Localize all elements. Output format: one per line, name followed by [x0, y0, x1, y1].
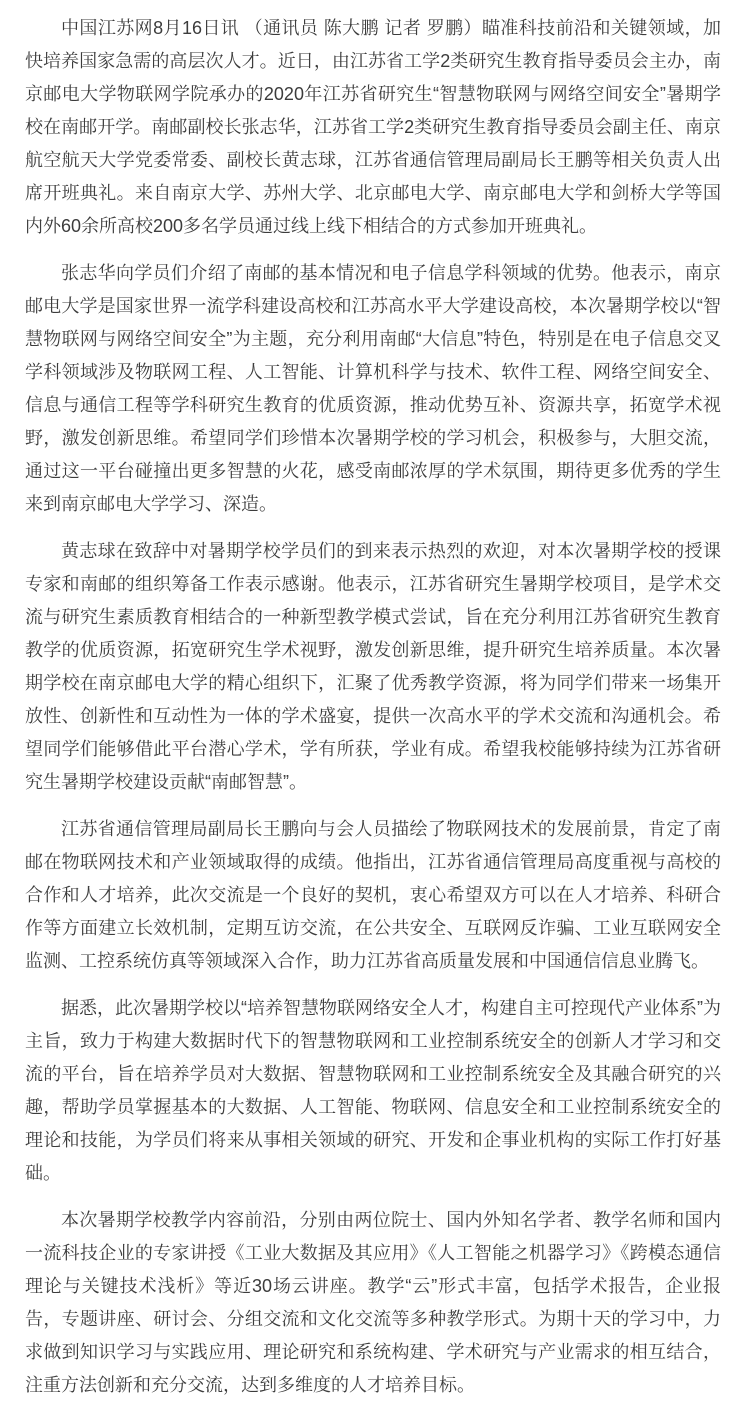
article-paragraph-wangpeng-remarks: 江苏省通信管理局副局长王鹏向与会人员描绘了物联网技术的发展前景，肯定了南邮在物联… [25, 813, 721, 978]
article-paragraph-intro: 中国江苏网8月16日讯 （通讯员 陈大鹏 记者 罗鹏）瞄准科技前沿和关键领域，加… [25, 12, 721, 243]
article-page: 中国江苏网8月16日讯 （通讯员 陈大鹏 记者 罗鹏）瞄准科技前沿和关键领域，加… [0, 0, 735, 1408]
article-paragraph-huangzhiqiu-remarks: 黄志球在致辞中对暑期学校学员们的到来表示热烈的欢迎，对本次暑期学校的授课专家和南… [25, 535, 721, 799]
article-paragraph-zhangzhihua-remarks: 张志华向学员们介绍了南邮的基本情况和电子信息学科领域的优势。他表示，南京邮电大学… [25, 257, 721, 521]
article-body: 中国江苏网8月16日讯 （通讯员 陈大鹏 记者 罗鹏）瞄准科技前沿和关键领域，加… [25, 12, 721, 1402]
article-paragraph-curriculum: 本次暑期学校教学内容前沿，分别由两位院士、国内外知名学者、教学名师和国内一流科技… [25, 1204, 721, 1402]
article-paragraph-school-theme: 据悉，此次暑期学校以“培养智慧物联网络安全人才，构建自主可控现代产业体系”为主旨… [25, 992, 721, 1190]
